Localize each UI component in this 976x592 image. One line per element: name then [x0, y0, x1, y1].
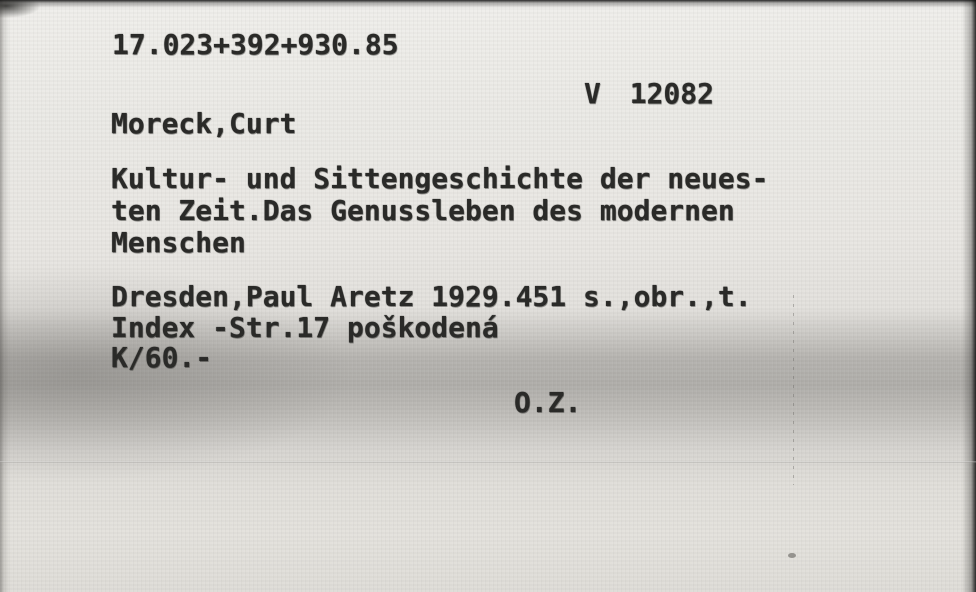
condition-note: Index -Str.17 poškodená: [111, 313, 499, 343]
author-name: Moreck,Curt: [111, 109, 296, 139]
accession-number: V 12082: [584, 79, 714, 109]
price-note: K/60.-: [111, 343, 212, 373]
cataloguer-initials: O.Z.: [514, 388, 581, 418]
title-line-3: Menschen: [111, 228, 246, 258]
typewritten-text-layer: 17.023+392+930.85 V 12082 Moreck,Curt Ku…: [0, 0, 976, 592]
imprint-line: Dresden,Paul Aretz 1929.451 s.,obr.,t.: [111, 282, 752, 312]
catalog-card-scan: 17.023+392+930.85 V 12082 Moreck,Curt Ku…: [0, 0, 976, 592]
classification-number: 17.023+392+930.85: [112, 30, 399, 60]
title-line-1: Kultur- und Sittengeschichte der neues-: [111, 164, 768, 194]
title-line-2: ten Zeit.Das Genussleben des modernen: [111, 196, 735, 226]
